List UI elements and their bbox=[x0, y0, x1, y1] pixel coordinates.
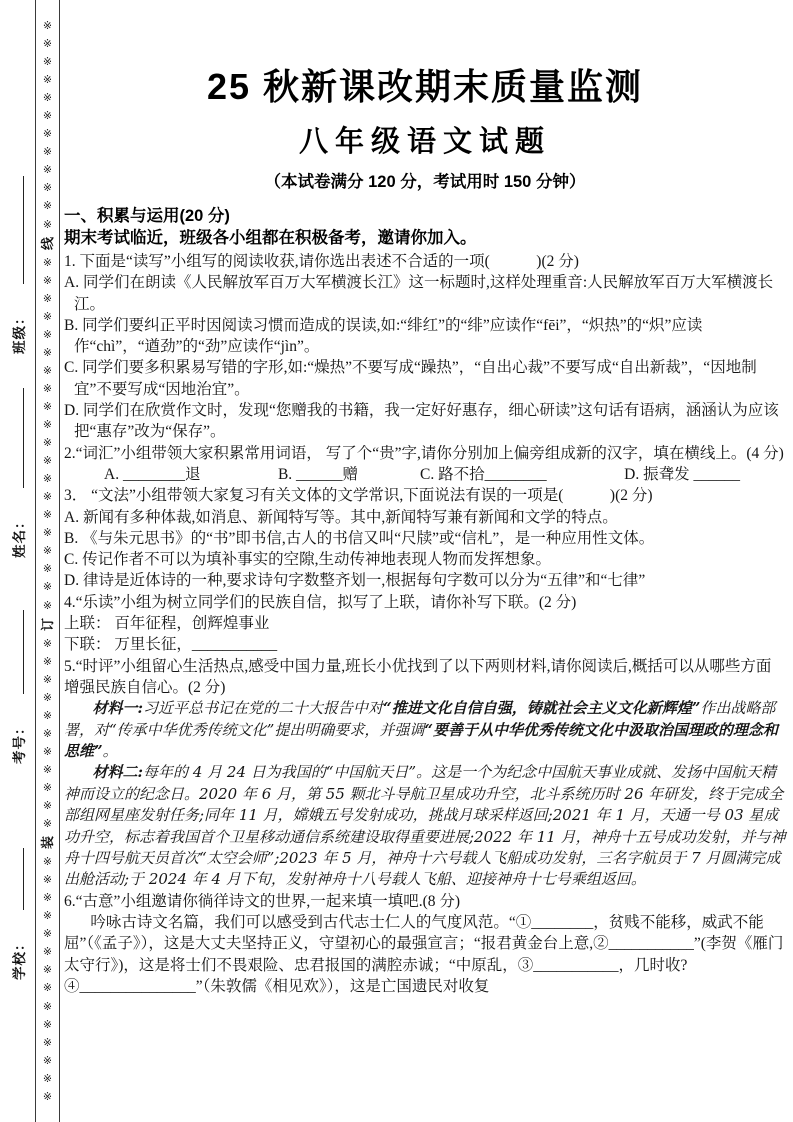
exam-page: 25 秋新课改期末质量监测 八年级语文试题 （本试卷满分 120 分，考试用时 … bbox=[64, 0, 786, 997]
binding-symbol: ※ bbox=[43, 800, 52, 811]
binding-symbol: ※ bbox=[43, 600, 52, 611]
write-in-blank bbox=[20, 389, 24, 489]
binding-symbol: ※ bbox=[43, 946, 52, 957]
binding-char: 装 bbox=[41, 836, 54, 849]
question-stem: 下联： 万里长征，___________ bbox=[64, 634, 786, 655]
binding-char: 线 bbox=[41, 237, 54, 250]
binding-symbol: ※ bbox=[43, 964, 52, 975]
binding-symbol: ※ bbox=[43, 182, 52, 193]
binding-symbol: ※ bbox=[43, 329, 52, 340]
material-text: 每年的 4 月 24 日为我国的“中国航天日”。这是一个为纪念中国航天事业成就、… bbox=[64, 763, 786, 888]
binding-symbol: ※ bbox=[43, 383, 52, 394]
page-title: 25 秋新课改期末质量监测 bbox=[64, 66, 786, 108]
binding-symbol: ※ bbox=[43, 437, 52, 448]
option-line: C. 传记作者不可以为填补事实的空隙,生动传神地表现人物而发挥想象。 bbox=[64, 549, 786, 570]
option-line: D. 律诗是近体诗的一种,要求诗句字数整齐划一,根据每句字数可以分为“五律”和“… bbox=[64, 570, 786, 591]
binding-symbol: ※ bbox=[43, 874, 52, 885]
question-stem: 6.“古意”小组邀请你徜徉诗文的世界,一起来填一填吧.(8 分) bbox=[64, 891, 786, 912]
binding-symbol: ※ bbox=[43, 146, 52, 157]
binding-symbol: ※ bbox=[43, 92, 52, 103]
binding-symbol: ※ bbox=[43, 164, 52, 175]
binding-symbol: ※ bbox=[43, 638, 52, 649]
sidebar-label-name: 姓名： bbox=[8, 389, 28, 559]
binding-symbol: ※ bbox=[43, 401, 52, 412]
question-stem: 上联： 百年征程，创辉煌事业 bbox=[64, 613, 786, 634]
material-paragraph: 材料一:习近平总书记在党的二十大报告中对“推进文化自信自强，铸就社会主义文化新辉… bbox=[64, 698, 786, 762]
option-line: A. 新闻有多种体裁,如消息、新闻特写等。其中,新闻特写兼有新闻和文学的特点。 bbox=[64, 507, 786, 528]
binding-symbol: ※ bbox=[43, 1091, 52, 1102]
binding-symbol: ※ bbox=[43, 563, 52, 574]
binding-symbol: ※ bbox=[43, 1073, 52, 1084]
binding-symbol: ※ bbox=[43, 419, 52, 430]
binding-symbol: ※ bbox=[43, 110, 52, 121]
page-subtitle: 八年级语文试题 bbox=[64, 126, 786, 159]
option-line: C. 同学们要多积累易写错的字形,如:“燥热”不要写成“躁热”，“自出心裁”不要… bbox=[64, 357, 786, 400]
sidebar-label-text: 姓名： bbox=[12, 515, 27, 559]
sidebar-label-text: 班级： bbox=[12, 311, 27, 355]
binding-symbol: ※ bbox=[43, 692, 52, 703]
binding-strip: ※※※※※※※※※※※※线※※※※※※※※※※※※※※※※※※※※订※※※※※※… bbox=[36, 20, 59, 1102]
binding-symbol: ※ bbox=[43, 473, 52, 484]
sidebar-label-text: 考号： bbox=[12, 721, 27, 765]
sidebar-label-text: 学校： bbox=[12, 937, 27, 981]
binding-symbol: ※ bbox=[43, 1001, 52, 1012]
option-line: B. 《与朱元思书》的“书”即书信,古人的书信又叫“尺牍”或“信札”，是一种应用… bbox=[64, 528, 786, 549]
binding-symbol: ※ bbox=[43, 527, 52, 538]
binding-symbol: ※ bbox=[43, 275, 52, 286]
binding-symbol: ※ bbox=[43, 491, 52, 502]
binding-symbol: ※ bbox=[43, 128, 52, 139]
binding-symbol: ※ bbox=[43, 928, 52, 939]
write-in-blank bbox=[20, 849, 24, 911]
binding-symbol: ※ bbox=[43, 1019, 52, 1030]
section-intro: 期末考试临近，班级各小组都在积极备考，邀请你加入。 bbox=[64, 227, 786, 249]
binding-symbol: ※ bbox=[43, 818, 52, 829]
option-line: A. 同学们在朗读《人民解放军百万大军横渡长江》这一标题时,这样处理重音:人民解… bbox=[64, 272, 786, 315]
binding-symbol: ※ bbox=[43, 1037, 52, 1048]
binding-symbol: ※ bbox=[43, 200, 52, 211]
binding-symbol: ※ bbox=[43, 347, 52, 358]
binding-symbol: ※ bbox=[43, 74, 52, 85]
exam-info: （本试卷满分 120 分，考试用时 150 分钟） bbox=[64, 172, 786, 193]
material-label: 材料二: bbox=[93, 763, 144, 781]
binding-symbol: ※ bbox=[43, 545, 52, 556]
binding-symbol: ※ bbox=[43, 56, 52, 67]
binding-symbol: ※ bbox=[43, 581, 52, 592]
question-stem: 2.“词汇”小组带领大家积累常用词语， 写了个“贵”字,请你分别加上偏旁组成新的… bbox=[64, 443, 786, 464]
binding-symbol: ※ bbox=[43, 782, 52, 793]
section-heading: 一、积累与运用(20 分) bbox=[64, 205, 786, 227]
question-blocks: 1. 下面是“读写”小组写的阅读收获,请你选出表述不合适的一项( )(2 分)A… bbox=[64, 251, 786, 997]
binding-symbol: ※ bbox=[43, 38, 52, 49]
binding-symbol: ※ bbox=[43, 219, 52, 230]
binding-symbol: ※ bbox=[43, 982, 52, 993]
write-in-blank bbox=[20, 177, 24, 285]
question-stem: 3． “文法”小组带领大家复习有关文体的文学常识,下面说法有误的一项是( )(2… bbox=[64, 485, 786, 506]
binding-symbol: ※ bbox=[43, 20, 52, 31]
binding-symbol: ※ bbox=[43, 910, 52, 921]
sidebar-label-class: 班级： bbox=[8, 177, 28, 355]
question-stem: 5.“时评”小组留心生活热点,感受中国力量,班长小优找到了以下两则材料,请你阅读… bbox=[64, 656, 786, 699]
binding-symbol: ※ bbox=[43, 257, 52, 268]
blank-line: A. ________退 B. ______赠 C. 路不拾________ D… bbox=[64, 464, 786, 485]
binding-symbol: ※ bbox=[43, 656, 52, 667]
binding-symbol: ※ bbox=[43, 764, 52, 775]
material-paragraph: 材料二:每年的 4 月 24 日为我国的“中国航天日”。这是一个为纪念中国航天事… bbox=[64, 762, 786, 890]
material-text: 习近平总书记在党的二十大报告中对 bbox=[143, 699, 383, 717]
binding-symbol: ※ bbox=[43, 856, 52, 867]
binding-symbol: ※ bbox=[43, 674, 52, 685]
binding-symbol: ※ bbox=[43, 728, 52, 739]
binding-symbol: ※ bbox=[43, 1055, 52, 1066]
binding-symbol: ※ bbox=[43, 892, 52, 903]
material-label: 材料一: bbox=[93, 699, 144, 717]
binding-symbol: ※ bbox=[43, 293, 52, 304]
binding-symbol: ※ bbox=[43, 365, 52, 376]
option-line: B. 同学们要纠正平时因阅读习惯而造成的误读,如:“绯红”的“绯”应读作“fēi… bbox=[64, 315, 786, 358]
question-stem: 4.“乐读”小组为树立同学们的民族自信，拟写了上联，请你补写下联。(2 分) bbox=[64, 592, 786, 613]
binding-symbol: ※ bbox=[43, 710, 52, 721]
fill-in-paragraph: 吟咏古诗文名篇，我们可以感受到古代志士仁人的气度风范。“①________，贫贱… bbox=[64, 912, 786, 997]
binding-symbol: ※ bbox=[43, 746, 52, 757]
sidebar-label-school: 学校： bbox=[8, 849, 28, 981]
sidebar-label-number: 考号： bbox=[8, 611, 28, 765]
binding-symbol: ※ bbox=[43, 509, 52, 520]
binding-symbol: ※ bbox=[43, 455, 52, 466]
write-in-blank bbox=[20, 611, 24, 695]
binding-border-right bbox=[59, 0, 60, 1122]
material-text: 。 bbox=[103, 742, 118, 760]
binding-char: 订 bbox=[41, 618, 54, 631]
question-stem: 1. 下面是“读写”小组写的阅读收获,请你选出表述不合适的一项( )(2 分) bbox=[64, 251, 786, 272]
option-line: D. 同学们在欣赏作文时，发现“您赠我的书籍，我一定好好惠存，细心研读”这句话有… bbox=[64, 400, 786, 443]
material-text: “推进文化自信自强，铸就社会主义文化新辉煌” bbox=[383, 699, 700, 717]
binding-symbol: ※ bbox=[43, 311, 52, 322]
